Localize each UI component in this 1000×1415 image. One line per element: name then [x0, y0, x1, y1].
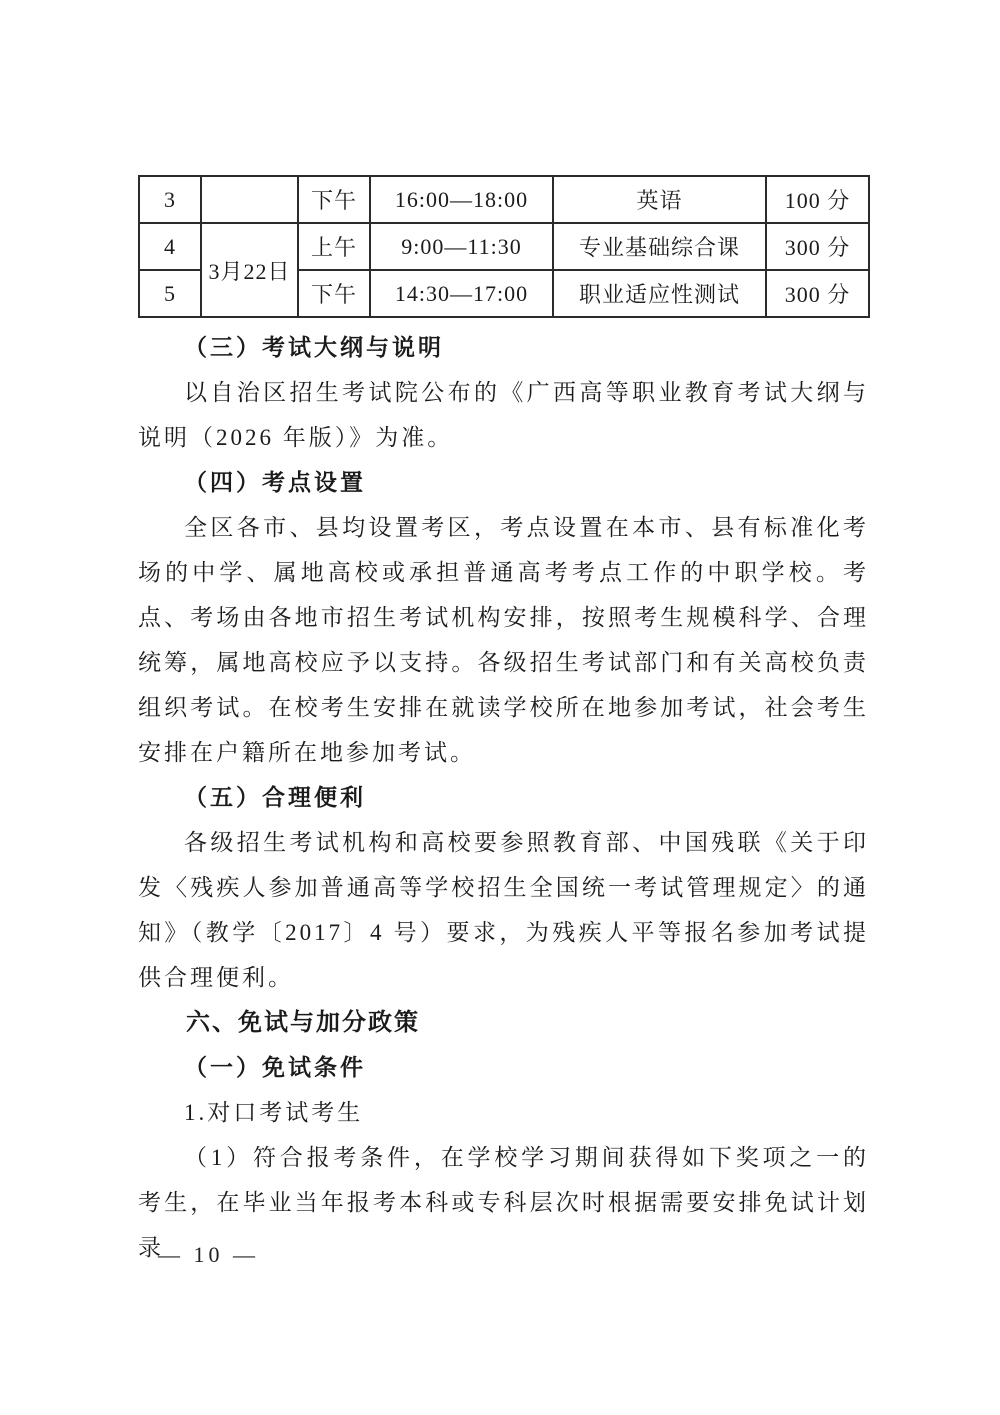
- cell-seq: 5: [139, 270, 201, 317]
- list-item-1: 1.对口考试考生: [138, 1090, 869, 1135]
- cell-subject: 专业基础综合课: [553, 223, 766, 270]
- cell-date-merged: 3月22日: [201, 223, 298, 317]
- cell-time: 16:00—18:00: [370, 176, 553, 223]
- cell-subject: 职业适应性测试: [553, 270, 766, 317]
- section-heading-4: （四）考点设置: [138, 460, 869, 505]
- section-3-paragraph: 以自治区招生考试院公布的《广西高等职业教育考试大纲与说明（2026 年版）》为准…: [138, 370, 869, 460]
- subsection-heading-6-1: （一）免试条件: [138, 1045, 869, 1090]
- table-row: 3 下午 16:00—18:00 英语 100 分: [139, 176, 869, 223]
- table-row: 4 3月22日 上午 9:00—11:30 专业基础综合课 300 分: [139, 223, 869, 270]
- cell-score: 300 分: [766, 223, 869, 270]
- section-heading-3: （三）考试大纲与说明: [138, 325, 869, 370]
- cell-session: 下午: [298, 176, 370, 223]
- cell-time: 14:30—17:00: [370, 270, 553, 317]
- cell-score: 100 分: [766, 176, 869, 223]
- cell-session: 上午: [298, 223, 370, 270]
- cell-score: 300 分: [766, 270, 869, 317]
- exam-schedule-table: 3 下午 16:00—18:00 英语 100 分 4 3月22日 上午 9:0…: [138, 175, 870, 318]
- section-4-paragraph: 全区各市、县均设置考区，考点设置在本市、县有标准化考场的中学、属地高校或承担普通…: [138, 505, 869, 775]
- cell-session: 下午: [298, 270, 370, 317]
- section-5-paragraph: 各级招生考试机构和高校要参照教育部、中国残联《关于印发〈残疾人参加普通高等学校招…: [138, 820, 869, 1000]
- cell-date: [201, 176, 298, 223]
- cell-seq: 3: [139, 176, 201, 223]
- document-body: （三）考试大纲与说明 以自治区招生考试院公布的《广西高等职业教育考试大纲与说明（…: [138, 325, 869, 1270]
- page-number: — 10 —: [158, 1242, 259, 1268]
- cell-seq: 4: [139, 223, 201, 270]
- document-page: 3 下午 16:00—18:00 英语 100 分 4 3月22日 上午 9:0…: [0, 0, 1000, 1415]
- cell-time: 9:00—11:30: [370, 223, 553, 270]
- cell-subject: 英语: [553, 176, 766, 223]
- section-heading-5: （五）合理便利: [138, 775, 869, 820]
- chapter-heading-6: 六、免试与加分政策: [138, 1000, 869, 1045]
